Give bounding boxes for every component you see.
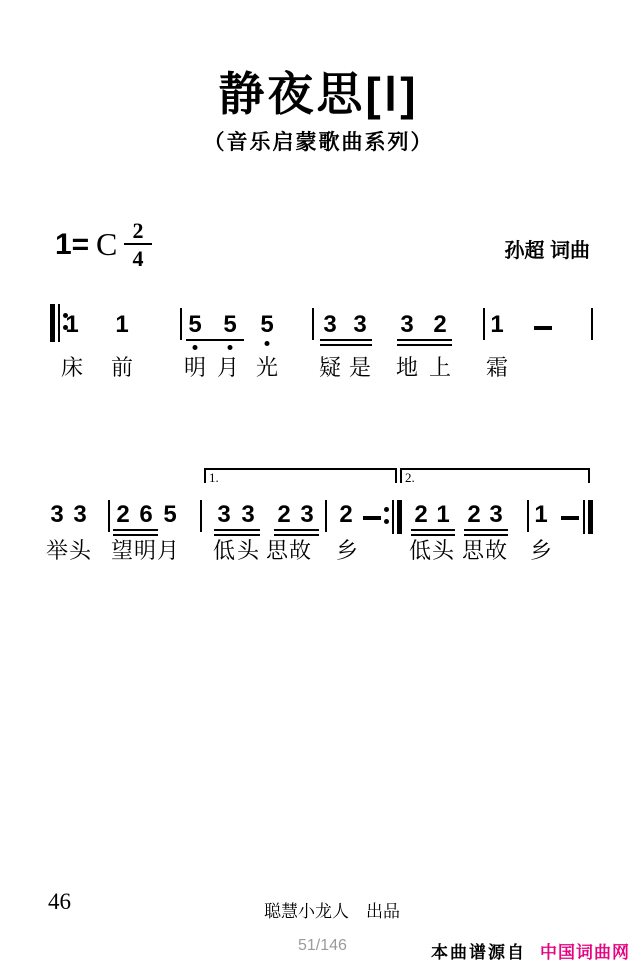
- final-thick-bar: [588, 500, 593, 534]
- volta-1-label: 1.: [209, 470, 219, 486]
- lyric: 月: [157, 538, 179, 564]
- note: 5: [188, 313, 201, 337]
- barline: [325, 500, 327, 532]
- lyric: 明: [184, 355, 206, 381]
- low-octave-dot: [228, 345, 233, 350]
- lyric: 霜: [486, 355, 508, 381]
- meter-fraction-line: [124, 243, 152, 245]
- beam: [214, 529, 260, 531]
- lyric: 头: [69, 538, 91, 564]
- note: 6: [139, 503, 152, 527]
- note: 3: [489, 503, 502, 527]
- note: 1: [65, 313, 78, 337]
- key-signature-prefix: 1=: [55, 228, 89, 262]
- low-octave-dot: [193, 345, 198, 350]
- note: 5: [223, 313, 236, 337]
- beam: [464, 534, 508, 536]
- note: 3: [241, 503, 254, 527]
- begin-repeat-thick-bar: [50, 304, 55, 342]
- note: 1: [534, 503, 547, 527]
- lyric: 月: [217, 355, 239, 381]
- note: 3: [400, 313, 413, 337]
- beam: [113, 534, 158, 536]
- lyric: 是: [349, 355, 371, 381]
- note: 3: [353, 313, 366, 337]
- lyric: 思: [266, 538, 288, 564]
- lyric: 疑: [319, 355, 341, 381]
- composer-credit: 孙超 词曲: [504, 234, 590, 263]
- lyric: 前: [111, 355, 133, 381]
- lyric: 上: [429, 355, 451, 381]
- note: 2: [467, 503, 480, 527]
- half-note-dash: [363, 516, 381, 520]
- meter-denominator: 4: [124, 246, 152, 272]
- note: 5: [163, 503, 176, 527]
- begin-repeat-thin-bar: [58, 304, 60, 342]
- end-repeat-dot: [384, 519, 389, 524]
- lyric: 头: [237, 538, 259, 564]
- end-repeat-thick-bar: [397, 500, 402, 534]
- note: 3: [73, 503, 86, 527]
- publisher-credit: 聪慧小龙人 出品: [264, 897, 400, 922]
- beam: [411, 534, 455, 536]
- note: 1: [115, 313, 128, 337]
- page-number: 46: [48, 889, 71, 915]
- beam: [320, 344, 372, 346]
- volta-1-bracket: [204, 468, 397, 483]
- lyric: 光: [256, 355, 278, 381]
- progress-indicator: 51/146: [298, 937, 347, 955]
- lyric: 故: [485, 538, 507, 564]
- lyric: 故: [289, 538, 311, 564]
- beam: [411, 529, 455, 531]
- volta-2-label: 2.: [405, 470, 415, 486]
- barline: [180, 308, 182, 340]
- beam: [113, 529, 158, 531]
- beam: [214, 534, 260, 536]
- beam: [397, 339, 452, 341]
- note: 3: [50, 503, 63, 527]
- meter-numerator: 2: [124, 218, 152, 244]
- note: 5: [260, 313, 273, 337]
- final-thin-bar: [583, 500, 585, 534]
- lyric: 举: [46, 538, 68, 564]
- sheet-music-page: 静夜思[Ⅰ] （音乐启蒙歌曲系列） 1= C 2 4 孙超 词曲 1 1 5 5…: [0, 0, 637, 969]
- barline: [483, 308, 485, 340]
- note: 2: [414, 503, 427, 527]
- beam: [320, 339, 372, 341]
- beam: [397, 344, 452, 346]
- note: 3: [300, 503, 313, 527]
- end-repeat-dot: [384, 507, 389, 512]
- note: 2: [339, 503, 352, 527]
- lyric: 地: [396, 355, 418, 381]
- note: 2: [277, 503, 290, 527]
- lyric: 低: [213, 538, 235, 564]
- barline: [200, 500, 202, 532]
- end-repeat-thin-bar: [392, 500, 394, 534]
- half-note-dash: [534, 326, 552, 330]
- volta-2-bracket: [400, 468, 590, 483]
- song-subtitle: （音乐启蒙歌曲系列）: [0, 126, 637, 156]
- source-label: 本曲谱源自: [431, 938, 526, 963]
- lyric: 床: [61, 355, 83, 381]
- lyric: 思: [462, 538, 484, 564]
- lyric: 头: [432, 538, 454, 564]
- beam: [274, 529, 319, 531]
- note: 2: [116, 503, 129, 527]
- note: 3: [217, 503, 230, 527]
- note: 2: [433, 313, 446, 337]
- source-site-link[interactable]: 中国词曲网: [540, 938, 630, 963]
- note: 1: [490, 313, 503, 337]
- eighth-beam: [186, 339, 244, 341]
- half-note-dash: [561, 516, 579, 520]
- beam: [464, 529, 508, 531]
- song-title: 静夜思[Ⅰ]: [0, 58, 637, 124]
- barline: [527, 500, 529, 532]
- lyric: 明: [134, 538, 156, 564]
- note: 3: [323, 313, 336, 337]
- lyric: 乡: [336, 538, 358, 564]
- barline: [108, 500, 110, 532]
- lyric: 望: [111, 538, 133, 564]
- beam: [274, 534, 319, 536]
- barline: [591, 308, 593, 340]
- barline: [312, 308, 314, 340]
- lyric: 乡: [530, 538, 552, 564]
- low-octave-dot: [265, 341, 270, 346]
- key-signature-tonic: C: [96, 226, 117, 263]
- note: 1: [436, 503, 449, 527]
- lyric: 低: [409, 538, 431, 564]
